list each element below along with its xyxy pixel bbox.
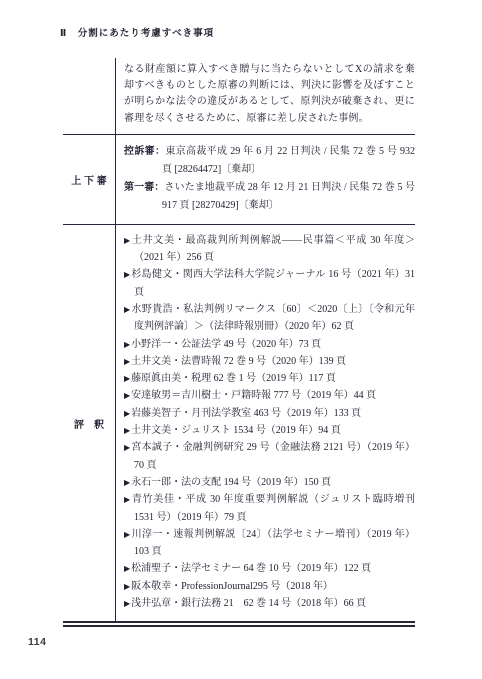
- commentary-item: ▶岩藤美智子・月刊法学教室 463 号（2019 年）133 頁: [124, 405, 415, 422]
- commentary-item: ▶杉島健文・関西大学法科大学院ジャーナル 16 号（2021 年）31 頁: [124, 266, 415, 301]
- triangle-bullet-icon: ▶: [124, 564, 130, 573]
- running-header: Ⅱ 分割にあたり考慮すべき事項: [60, 25, 214, 39]
- triangle-bullet-icon: ▶: [124, 374, 130, 383]
- triangle-bullet-icon: ▶: [124, 582, 130, 591]
- commentary-list: ▶土井文美・最高裁判所判例解説——民事篇＜平成 30 年度＞（2021 年）25…: [116, 225, 415, 622]
- commentary-citation: 土井文美・法曹時報 72 巻 9 号（2020 年）139 頁: [131, 356, 346, 367]
- commentary-item: ▶浅井弘章・銀行法務 21 62 巻 14 号（2018 年）66 頁: [124, 595, 415, 612]
- commentary-item: ▶永石一郎・法の支配 194 号（2019 年）150 頁: [124, 474, 415, 491]
- commentary-item: ▶安達敏男＝吉川樹士・戸籍時報 777 号（2019 年）44 頁: [124, 387, 415, 404]
- case-summary-section: なる財産額に算入すべき贈与に当たらないとしてXの請求を棄却すべきものとした原審の…: [63, 58, 415, 134]
- commentary-item: ▶阪本敬幸・ProfessionJournal295 号（2018 年）: [124, 578, 415, 595]
- court-citation: さいたま地裁平成 28 年 12 月 21 日判決 / 民集 72 巻 5 号 …: [162, 182, 415, 211]
- commentary-citation: 川淳一・速報判例解説〔24〕（法学セミナー増刊）（2019 年）103 頁: [132, 529, 415, 557]
- commentary-citation: 青竹美佳・平成 30 年度重要判例解説（ジュリスト臨時増刊 1531 号）（20…: [132, 494, 415, 522]
- commentary-citation: 松浦聖子・法学セミナー 64 巻 10 号（2019 年）122 頁: [131, 563, 371, 574]
- commentary-item: ▶水野貴浩・私法判例リマークス〔60〕＜2020〔上〕〔令和元年度判例評論〕＞（…: [124, 301, 415, 336]
- commentary-citation: 岩藤美智子・月刊法学教室 463 号（2019 年）133 頁: [131, 408, 361, 419]
- triangle-bullet-icon: ▶: [124, 426, 130, 435]
- commentary-citation: 藤原眞由美・税理 62 巻 1 号（2019 年）117 頁: [131, 373, 336, 384]
- triangle-bullet-icon: ▶: [124, 478, 130, 487]
- court-level: 控訴審：: [124, 146, 165, 157]
- commentary-citation: 土井文美・最高裁判所判例解説——民事篇＜平成 30 年度＞（2021 年）256…: [132, 235, 415, 263]
- courts-label: 上 下 審: [63, 135, 116, 224]
- courts-entries: 控訴審：東京高裁平成 29 年 6 月 22 日判決 / 民集 72 巻 5 号…: [116, 135, 415, 224]
- page-number: 114: [28, 636, 46, 648]
- commentary-item: ▶宮本誠子・金融判例研究 29 号（金融法務 2121 号）（2019 年）70…: [124, 439, 415, 474]
- case-summary-text: なる財産額に算入すべき贈与に当たらないとしてXの請求を棄却すべきものとした原審の…: [116, 58, 415, 134]
- triangle-bullet-icon: ▶: [124, 357, 130, 366]
- commentary-item: ▶川淳一・速報判例解説〔24〕（法学セミナー増刊）（2019 年）103 頁: [124, 526, 415, 561]
- commentary-citation: 土井文美・ジュリスト 1534 号（2019 年）94 頁: [131, 425, 341, 436]
- commentary-item: ▶小野洋一・公証法学 49 号（2020 年）73 頁: [124, 336, 415, 353]
- commentary-citation: 阪本敬幸・ProfessionJournal295 号（2018 年）: [131, 581, 333, 592]
- commentary-label: 評 釈: [63, 225, 116, 622]
- commentary-citation: 小野洋一・公証法学 49 号（2020 年）73 頁: [131, 339, 321, 350]
- court-level: 第一審：: [124, 182, 164, 193]
- triangle-bullet-icon: ▶: [124, 391, 130, 400]
- commentary-citation: 安達敏男＝吉川樹士・戸籍時報 777 号（2019 年）44 頁: [131, 390, 376, 401]
- triangle-bullet-icon: ▶: [124, 530, 131, 539]
- triangle-bullet-icon: ▶: [124, 340, 130, 349]
- triangle-bullet-icon: ▶: [124, 409, 130, 418]
- commentary-item: ▶土井文美・ジュリスト 1534 号（2019 年）94 頁: [124, 422, 415, 439]
- commentary-item: ▶藤原眞由美・税理 62 巻 1 号（2019 年）117 頁: [124, 370, 415, 387]
- commentary-item: ▶土井文美・法曹時報 72 巻 9 号（2020 年）139 頁: [124, 353, 415, 370]
- commentary-citation: 浅井弘章・銀行法務 21 62 巻 14 号（2018 年）66 頁: [131, 598, 366, 609]
- court-citation: 東京高裁平成 29 年 6 月 22 日判決 / 民集 72 巻 5 号 932…: [162, 146, 415, 175]
- content-area: なる財産額に算入すべき贈与に当たらないとしてXの請求を棄却すべきものとした原審の…: [63, 58, 415, 627]
- commentary-citation: 水野貴浩・私法判例リマークス〔60〕＜2020〔上〕〔令和元年度判例評論〕＞（法…: [132, 304, 416, 332]
- commentary-citation: 永石一郎・法の支配 194 号（2019 年）150 頁: [131, 477, 331, 488]
- commentary-citation: 杉島健文・関西大学法科大学院ジャーナル 16 号（2021 年）31 頁: [131, 269, 415, 297]
- courts-section: 上 下 審 控訴審：東京高裁平成 29 年 6 月 22 日判決 / 民集 72…: [63, 134, 415, 224]
- commentary-item: ▶松浦聖子・法学セミナー 64 巻 10 号（2019 年）122 頁: [124, 560, 415, 577]
- commentary-item: ▶土井文美・最高裁判所判例解説——民事篇＜平成 30 年度＞（2021 年）25…: [124, 232, 415, 267]
- court-entry: 控訴審：東京高裁平成 29 年 6 月 22 日判決 / 民集 72 巻 5 号…: [124, 143, 415, 179]
- court-entry: 第一審：さいたま地裁平成 28 年 12 月 21 日判決 / 民集 72 巻 …: [124, 179, 415, 215]
- triangle-bullet-icon: ▶: [124, 495, 131, 504]
- label-column-empty: [63, 58, 116, 134]
- commentary-section: 評 釈 ▶土井文美・最高裁判所判例解説——民事篇＜平成 30 年度＞（2021 …: [63, 224, 415, 628]
- commentary-item: ▶青竹美佳・平成 30 年度重要判例解説（ジュリスト臨時増刊 1531 号）（2…: [124, 491, 415, 526]
- triangle-bullet-icon: ▶: [124, 443, 130, 452]
- triangle-bullet-icon: ▶: [124, 305, 131, 314]
- commentary-citation: 宮本誠子・金融判例研究 29 号（金融法務 2121 号）（2019 年）70 …: [131, 442, 415, 470]
- triangle-bullet-icon: ▶: [124, 270, 130, 279]
- document-page: Ⅱ 分割にあたり考慮すべき事項 なる財産額に算入すべき贈与に当たらないとしてXの…: [0, 0, 482, 679]
- triangle-bullet-icon: ▶: [124, 599, 130, 608]
- triangle-bullet-icon: ▶: [124, 236, 131, 245]
